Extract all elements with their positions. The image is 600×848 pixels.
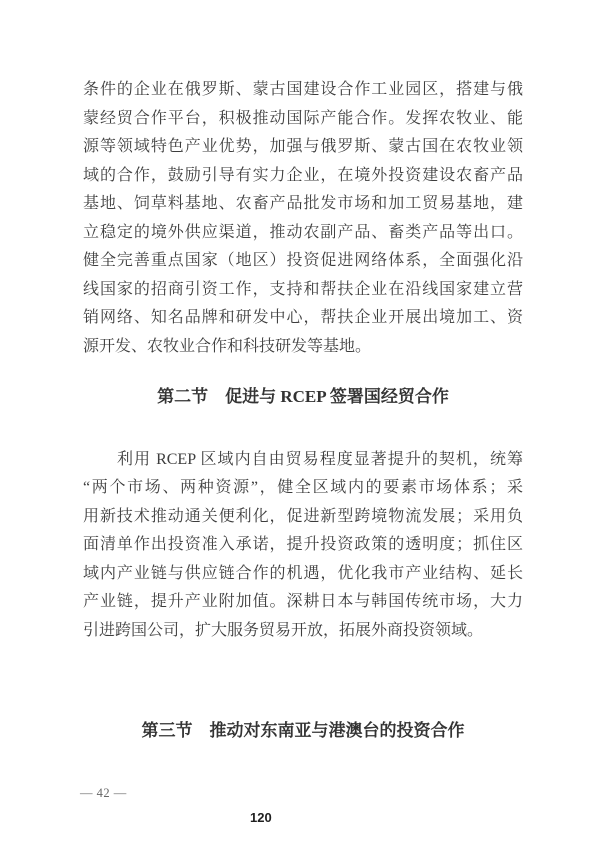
body-line: 基地、饲草料基地、农畜产品批发市场和加工贸易基地，建 [83,190,523,219]
body-line: “两个市场、两种资源”，健全区域内的要素市场体系；采 [83,474,523,503]
body-line: 用新技术推动通关便利化，促进新型跨境物流发展；采用负 [83,503,523,532]
body-line: 线国家的招商引资工作，支持和帮扶企业在沿线国家建立营 [83,276,523,305]
body-line: 源开发、农牧业合作和科技研发等基地。 [83,333,523,362]
document-page-number: — 42 — [80,785,127,801]
body-line: 产业链，提升产业附加值。深耕日本与韩国传统市场，大力 [83,588,523,617]
paragraph-section2: 利用 RCEP 区域内自由贸易程度显著提升的契机，统筹 “两个市场、两种资源”，… [83,446,523,646]
section-heading-3: 第三节 推动对东南亚与港澳台的投资合作 [83,717,523,746]
body-line: 面清单作出投资准入承诺，提升投资政策的透明度；抓住区 [83,531,523,560]
body-line: 源等领域特色产业优势，加强与俄罗斯、蒙古国在农牧业领 [83,133,523,162]
body-line: 销网络、知名品牌和研发中心，帮扶企业开展出境加工、资 [83,304,523,333]
body-line: 域的合作，鼓励引导有实力企业，在境外投资建设农畜产品 [83,162,523,191]
text-column: 条件的企业在俄罗斯、蒙古国建设合作工业园区，搭建与俄 蒙经贸合作平台，积极推动国… [83,76,523,746]
body-line: 立稳定的境外供应渠道，推动农副产品、畜类产品等出口。 [83,219,523,248]
paragraph-continuation: 条件的企业在俄罗斯、蒙古国建设合作工业园区，搭建与俄 蒙经贸合作平台，积极推动国… [83,76,523,361]
body-line: 蒙经贸合作平台，积极推动国际产能合作。发挥农牧业、能 [83,105,523,134]
body-line: 引进跨国公司，扩大服务贸易开放，拓展外商投资领域。 [83,617,523,646]
body-line: 利用 RCEP 区域内自由贸易程度显著提升的契机，统筹 [83,446,523,475]
section-heading-2: 第二节 促进与 RCEP 签署国经贸合作 [83,383,523,412]
viewer-page-number: 120 [250,809,272,826]
body-line: 条件的企业在俄罗斯、蒙古国建设合作工业园区，搭建与俄 [83,76,523,105]
body-line: 健全完善重点国家（地区）投资促进网络体系，全面强化沿 [83,247,523,276]
document-page: 条件的企业在俄罗斯、蒙古国建设合作工业园区，搭建与俄 蒙经贸合作平台，积极推动国… [0,0,600,848]
body-line: 域内产业链与供应链合作的机遇，优化我市产业结构、延长 [83,560,523,589]
